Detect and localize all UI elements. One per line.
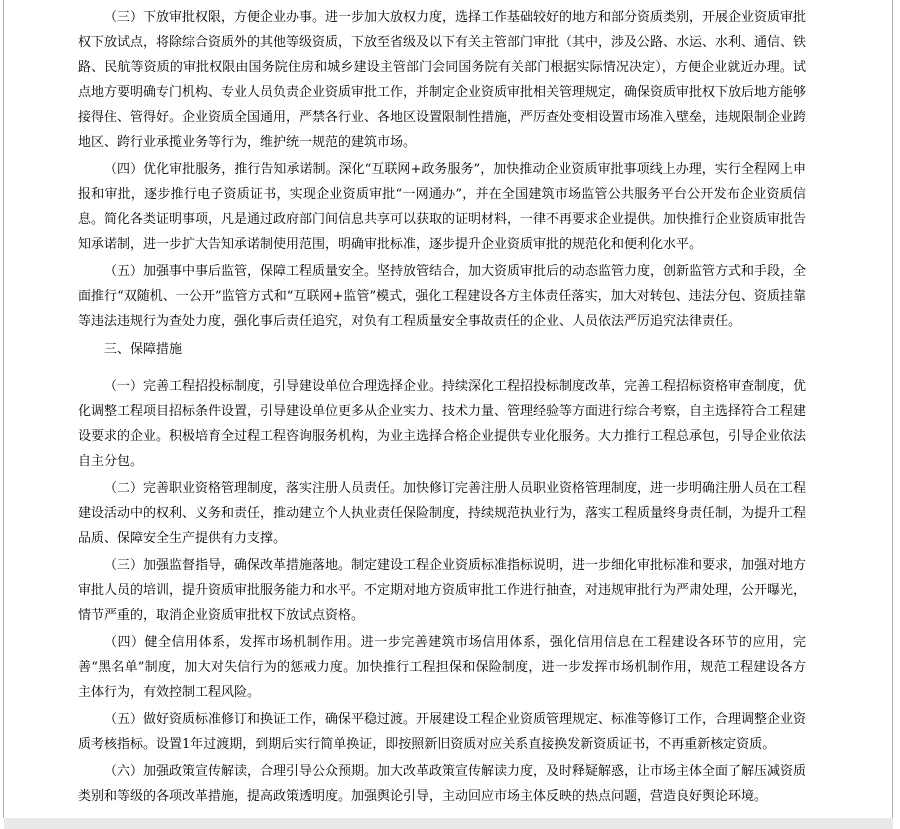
para-optimize-approval-service: （四）优化审批服务，推行告知承诺制。深化“互联网+政务服务”，加快推动企业资质审… — [78, 157, 806, 257]
para-credit-system: （四）健全信用体系，发挥市场机制作用。进一步完善建筑市场信用体系，强化信用信息在… — [78, 630, 806, 705]
para-standard-revision-certificate-exchange: （五）做好资质标准修订和换证工作，确保平稳过渡。开展建设工程企业资质管理规定、标… — [78, 707, 806, 757]
para-improve-bidding-system: （一）完善工程招投标制度，引导建设单位合理选择企业。持续深化工程招投标制度改革，… — [78, 374, 806, 474]
document-content: （三）下放审批权限，方便企业办事。进一步加大放权力度，选择工作基础较好的地方和部… — [4, 0, 892, 809]
section-heading-safeguard-measures: 三、保障措施 — [78, 337, 806, 362]
para-professional-qualification-management: （二）完善职业资格管理制度，落实注册人员责任。加快修订完善注册人员职业资格管理制… — [78, 476, 806, 551]
document-page: （三）下放审批权限，方便企业办事。进一步加大放权力度，选择工作基础较好的地方和部… — [3, 0, 893, 818]
page-bottom-band — [4, 818, 893, 829]
para-policy-publicity: （六）加强政策宣传解读，合理引导公众预期。加大改革政策宣传解读力度，及时释疑解惑… — [78, 759, 806, 809]
para-supervision-guidance: （三）加强监督指导，确保改革措施落地。制定建设工程企业资质标准指标说明，进一步细… — [78, 553, 806, 628]
para-decentralize-approval-authority: （三）下放审批权限，方便企业办事。进一步加大放权力度，选择工作基础较好的地方和部… — [78, 5, 806, 155]
para-strengthen-ongoing-supervision: （五）加强事中事后监管，保障工程质量安全。坚持放管结合，加大资质审批后的动态监管… — [78, 259, 806, 334]
